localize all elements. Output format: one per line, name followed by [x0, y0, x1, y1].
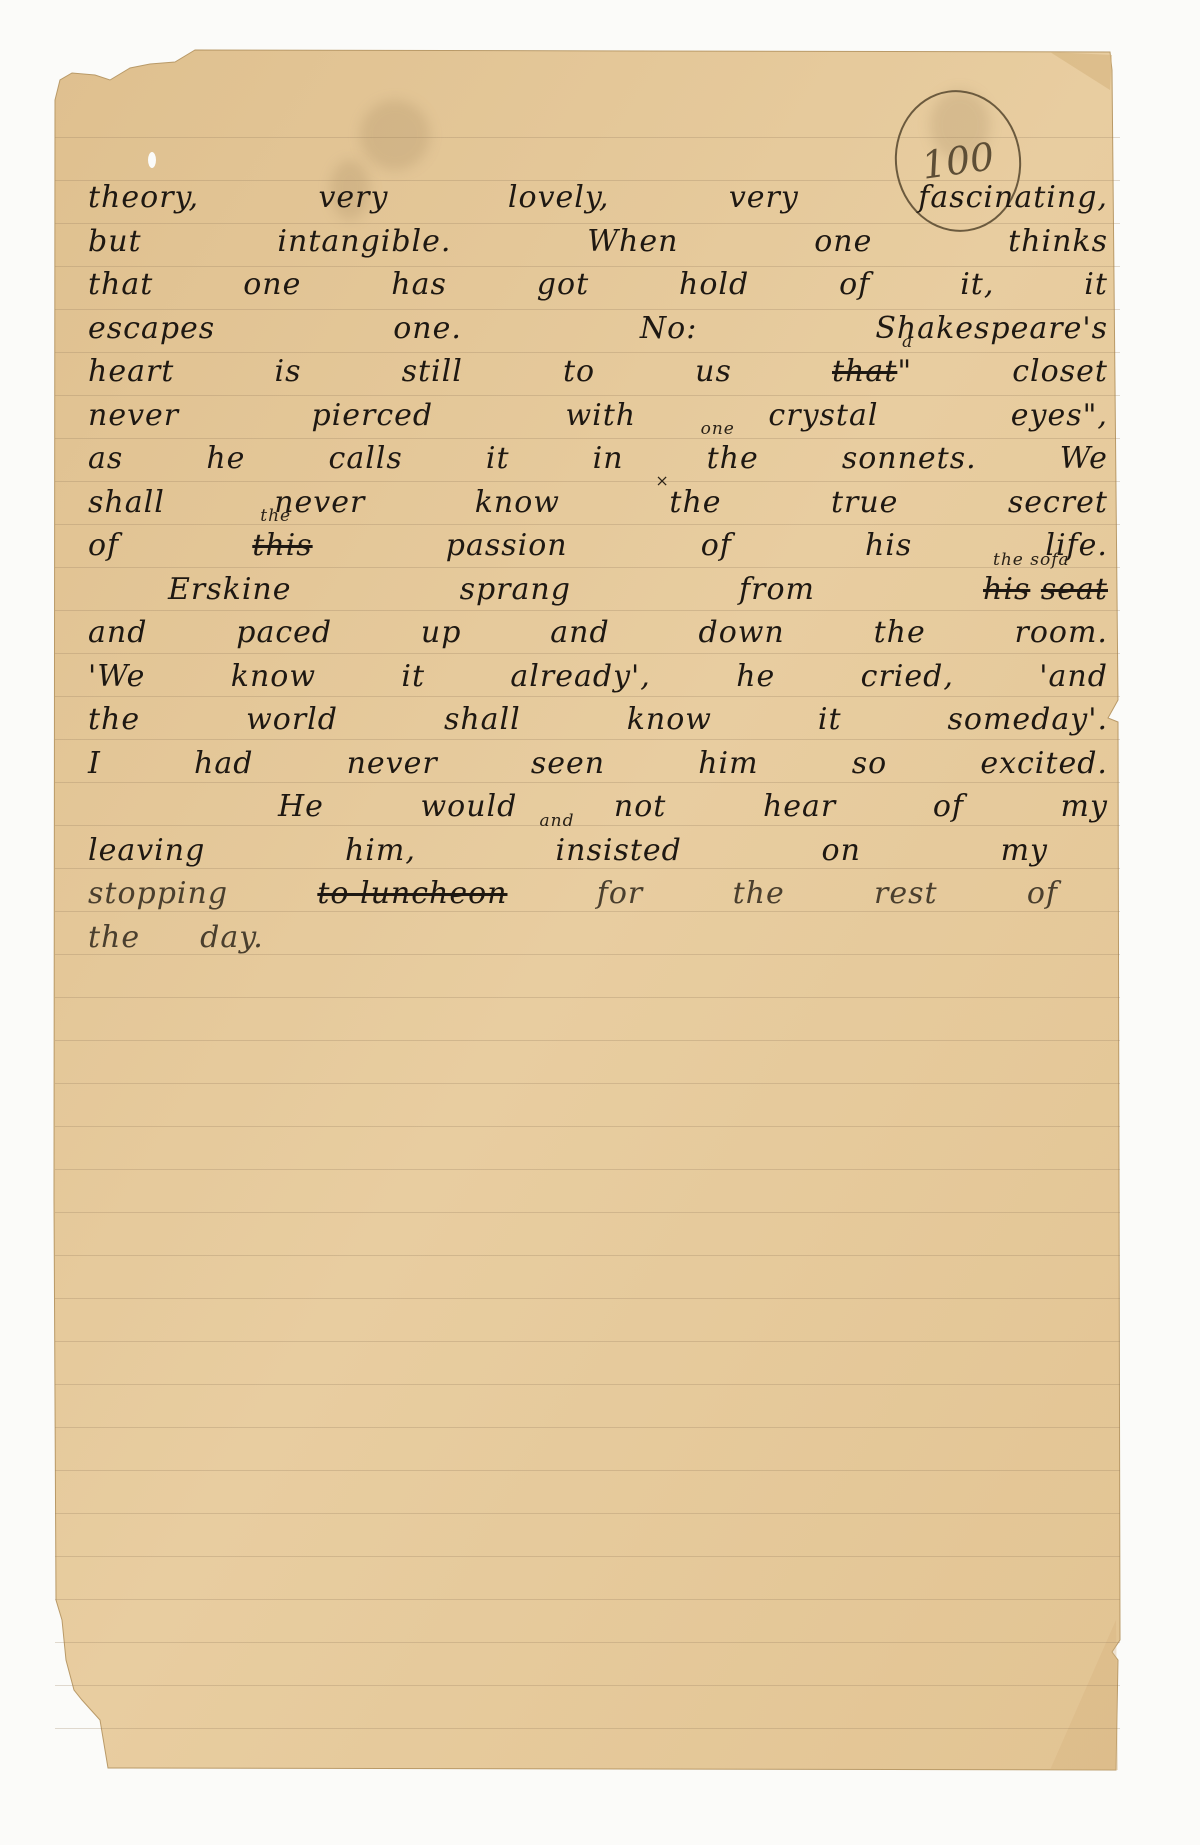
- word-text: the: [669, 485, 721, 520]
- word: thinks: [1008, 224, 1108, 268]
- word: never: [347, 746, 438, 790]
- word: that" a: [832, 354, 912, 398]
- manuscript-line: of the this passion of his life.: [88, 528, 1108, 572]
- inserted-word: a: [902, 332, 913, 352]
- word: closet: [1012, 354, 1108, 398]
- word: calls: [329, 441, 403, 485]
- manuscript-line: the world shall know it someday'.: [88, 702, 1108, 746]
- word: stopping: [88, 876, 228, 920]
- word: one the: [707, 441, 759, 485]
- struck-word: to luncheon: [317, 876, 507, 920]
- word: would: [420, 789, 517, 833]
- inserted-word: the sofa: [993, 550, 1070, 570]
- manuscript-line: shall never know × the true secret: [88, 485, 1108, 529]
- word: sonnets.: [842, 441, 977, 485]
- word: for: [597, 876, 644, 920]
- word: got: [537, 267, 589, 311]
- word: not: [614, 789, 666, 833]
- word: very: [729, 180, 799, 224]
- word: know: [627, 702, 712, 746]
- word: hear: [763, 789, 836, 833]
- word: secret: [1008, 485, 1108, 529]
- word: seen: [531, 746, 605, 790]
- word-text: insisted: [556, 833, 682, 868]
- word: it: [486, 441, 510, 485]
- word: world: [246, 702, 338, 746]
- word: that: [88, 267, 153, 311]
- manuscript-line: I had never seen him so excited.: [88, 746, 1108, 790]
- word: room.: [1015, 615, 1108, 659]
- caret-mark: ×: [655, 471, 669, 490]
- word: know: [475, 485, 560, 529]
- word: one: [814, 224, 872, 268]
- word: but: [88, 224, 142, 268]
- stain: [360, 100, 430, 170]
- word: he: [206, 441, 245, 485]
- word: the: [88, 702, 140, 746]
- word: We: [1060, 441, 1108, 485]
- word: on: [822, 833, 861, 877]
- word: know: [231, 659, 316, 703]
- word: down: [698, 615, 784, 659]
- word: never: [88, 398, 179, 442]
- word: still: [402, 354, 463, 398]
- struck-word: this: [252, 528, 312, 563]
- word: 'and: [1039, 659, 1108, 703]
- word: in: [593, 441, 624, 485]
- word: and: [550, 615, 609, 659]
- word: of: [933, 789, 964, 833]
- word: intangible.: [277, 224, 451, 268]
- word: and: [88, 615, 147, 659]
- manuscript-line: escapes one. No: Shakespeare's: [88, 311, 1108, 355]
- word: hold: [679, 267, 749, 311]
- word: it,: [960, 267, 994, 311]
- word: fascinating,: [918, 180, 1108, 224]
- struck-word: seat: [1041, 572, 1108, 607]
- manuscript-line: leaving him, and insisted on my: [88, 833, 1108, 877]
- manuscript-line: Erskine sprang from the sofa his seat: [88, 572, 1108, 616]
- word: escapes: [88, 311, 215, 355]
- word: it: [818, 702, 842, 746]
- word: to: [563, 354, 595, 398]
- word: already',: [510, 659, 650, 703]
- word: my: [1001, 833, 1048, 877]
- word: the: [88, 920, 140, 964]
- manuscript-line: that one has got hold of it, it: [88, 267, 1108, 311]
- quote-mark: ": [897, 354, 912, 389]
- word: someday'.: [948, 702, 1108, 746]
- manuscript-line: heart is still to us that" a closet: [88, 354, 1108, 398]
- word: us: [695, 354, 732, 398]
- word: shall: [88, 485, 165, 529]
- struck-word: his: [983, 572, 1030, 607]
- paper-hole: [148, 152, 156, 168]
- word: theory,: [88, 180, 199, 224]
- manuscript-line: never pierced with crystal eyes",: [88, 398, 1108, 442]
- word: the sofa his seat: [983, 572, 1108, 616]
- word: and insisted: [556, 833, 682, 877]
- word: of: [1027, 876, 1058, 920]
- word: of: [701, 528, 732, 572]
- manuscript-line: theory, very lovely, very fascinating,: [88, 180, 1108, 224]
- manuscript-line: 'We know it already', he cried, 'and: [88, 659, 1108, 703]
- word: pierced: [311, 398, 433, 442]
- word: so: [852, 746, 887, 790]
- word: When: [587, 224, 678, 268]
- word: Erskine: [168, 572, 291, 616]
- word: has: [391, 267, 447, 311]
- word: eyes",: [1011, 398, 1108, 442]
- inserted-word: the: [260, 506, 291, 526]
- word: passion: [446, 528, 568, 572]
- word: of: [88, 528, 119, 572]
- word: my: [1061, 789, 1108, 833]
- word: the: [874, 615, 926, 659]
- word: one: [243, 267, 301, 311]
- word: the: [733, 876, 785, 920]
- word: it: [1084, 267, 1108, 311]
- word: of: [839, 267, 870, 311]
- inserted-word: and: [540, 811, 575, 831]
- word: No:: [640, 311, 697, 355]
- word: He: [278, 789, 324, 833]
- manuscript-line: stopping to luncheon for the rest of: [88, 876, 1108, 920]
- word: very: [318, 180, 388, 224]
- word: as: [88, 441, 123, 485]
- word: leaving: [88, 833, 205, 877]
- word: lovely,: [508, 180, 609, 224]
- word: him: [698, 746, 758, 790]
- word-text: the: [707, 441, 759, 476]
- word: rest: [874, 876, 938, 920]
- word: cried,: [861, 659, 954, 703]
- word: is: [274, 354, 301, 398]
- word: heart: [88, 354, 174, 398]
- word: it: [401, 659, 425, 703]
- word: he: [736, 659, 775, 703]
- word: shall: [444, 702, 521, 746]
- word: × the: [669, 485, 721, 529]
- word: with: [565, 398, 636, 442]
- word: true: [831, 485, 898, 529]
- manuscript-text: theory, very lovely, very fascinating, b…: [88, 180, 1108, 963]
- word: sprang: [460, 572, 571, 616]
- word: him,: [345, 833, 416, 877]
- manuscript-line: and paced up and down the room.: [88, 615, 1108, 659]
- word: crystal: [768, 398, 878, 442]
- word: 'We: [88, 659, 145, 703]
- word: day.: [200, 920, 264, 964]
- word: from: [739, 572, 815, 616]
- word: the this: [252, 528, 312, 572]
- manuscript-line: but intangible. When one thinks: [88, 224, 1108, 268]
- manuscript-line: the day.: [88, 920, 1108, 964]
- word: up: [421, 615, 462, 659]
- struck-word: that: [832, 354, 897, 389]
- manuscript-line: as he calls it in one the sonnets. We: [88, 441, 1108, 485]
- word: paced: [236, 615, 332, 659]
- word: his: [865, 528, 912, 572]
- word: had: [194, 746, 253, 790]
- word: I: [88, 746, 101, 790]
- inserted-word: one: [701, 419, 735, 439]
- word: excited.: [980, 746, 1108, 790]
- word: one.: [393, 311, 462, 355]
- manuscript-line: He would not hear of my: [88, 789, 1108, 833]
